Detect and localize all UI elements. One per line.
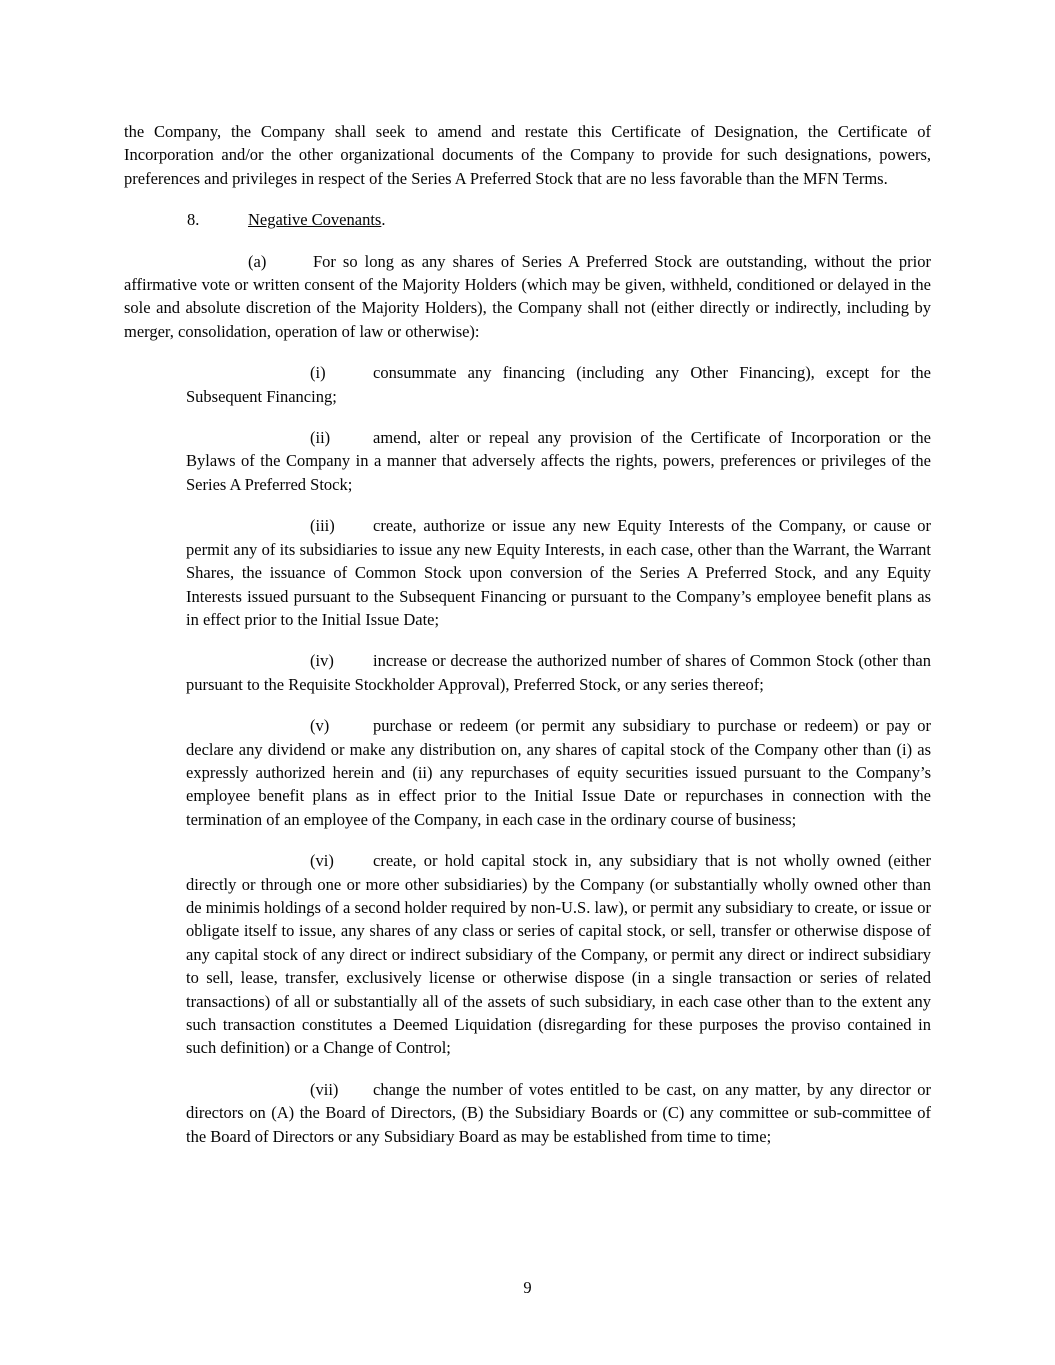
clause-ii-marker: (ii) bbox=[310, 426, 373, 449]
clause-vi-paragraph: (vi)create, or hold capital stock in, an… bbox=[186, 849, 931, 1060]
clause-v-text: purchase or redeem (or permit any subsid… bbox=[186, 716, 931, 829]
clause-vi-marker: (vi) bbox=[310, 849, 373, 872]
clause-iv-marker: (iv) bbox=[310, 649, 373, 672]
clause-iv-paragraph: (iv)increase or decrease the authorized … bbox=[186, 649, 931, 696]
clause-ii-paragraph: (ii)amend, alter or repeal any provision… bbox=[186, 426, 931, 496]
clause-iii-paragraph: (iii)create, authorize or issue any new … bbox=[186, 514, 931, 631]
clause-iv-text: increase or decrease the authorized numb… bbox=[186, 651, 931, 693]
clause-i-paragraph: (i)consummate any financing (including a… bbox=[186, 361, 931, 408]
clause-ii-text: amend, alter or repeal any provision of … bbox=[186, 428, 931, 494]
subsection-a-marker: (a) bbox=[248, 250, 313, 273]
section-title: Negative Covenants bbox=[248, 210, 381, 229]
clause-v-marker: (v) bbox=[310, 714, 373, 737]
clause-i-marker: (i) bbox=[310, 361, 373, 384]
continuation-paragraph: the Company, the Company shall seek to a… bbox=[124, 120, 931, 190]
clause-vii-marker: (vii) bbox=[310, 1078, 373, 1101]
document-body: the Company, the Company shall seek to a… bbox=[124, 120, 931, 1166]
clause-vi-text: create, or hold capital stock in, any su… bbox=[186, 851, 931, 1057]
clause-i-text: consummate any financing (including any … bbox=[186, 363, 931, 405]
section-heading: 8.Negative Covenants. bbox=[124, 208, 931, 231]
subsection-a-text: For so long as any shares of Series A Pr… bbox=[124, 252, 931, 341]
document-page: the Company, the Company shall seek to a… bbox=[0, 0, 1055, 1365]
subsection-a-paragraph: (a)For so long as any shares of Series A… bbox=[124, 250, 931, 344]
section-number: 8. bbox=[187, 208, 248, 231]
clause-v-paragraph: (v)purchase or redeem (or permit any sub… bbox=[186, 714, 931, 831]
clause-iii-marker: (iii) bbox=[310, 514, 373, 537]
clause-vii-text: change the number of votes entitled to b… bbox=[186, 1080, 931, 1146]
clause-iii-text: create, authorize or issue any new Equit… bbox=[186, 516, 931, 629]
clause-vii-paragraph: (vii)change the number of votes entitled… bbox=[186, 1078, 931, 1148]
section-title-period: . bbox=[381, 210, 385, 229]
page-number: 9 bbox=[0, 1276, 1055, 1299]
